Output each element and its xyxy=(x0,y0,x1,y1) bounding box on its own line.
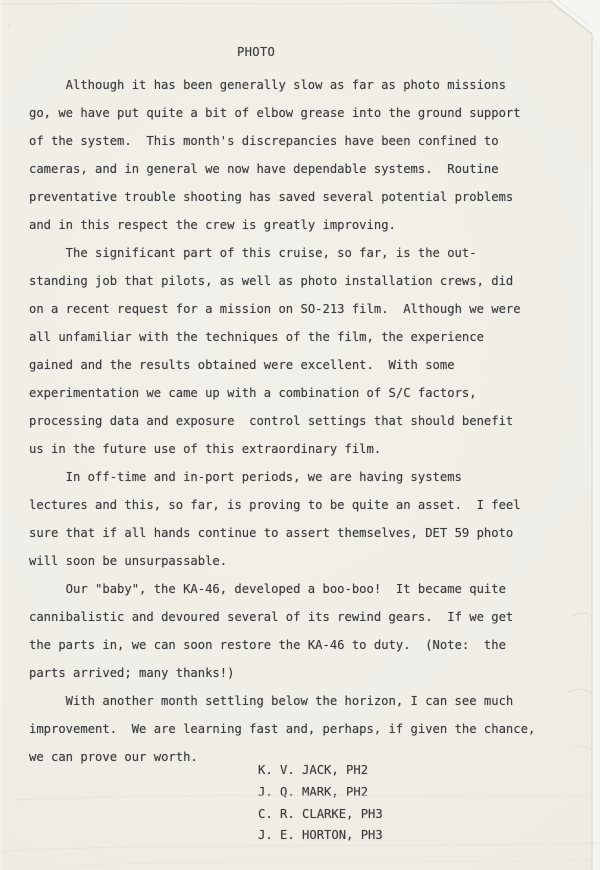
signature-line: J. Q. MARK, PH2 xyxy=(258,782,383,804)
bottom-crease xyxy=(40,860,592,866)
paper-speck xyxy=(8,25,10,27)
paper-speck xyxy=(269,62,270,63)
text-line: improvement. We are learning fast and, p… xyxy=(29,715,535,743)
scanned-document-page: PHOTO Although it has been generally slo… xyxy=(0,0,600,870)
text-line: us in the future use of this extraordina… xyxy=(29,435,535,463)
text-line: With another month settling below the ho… xyxy=(29,687,535,715)
text-line: cameras, and in general we now have depe… xyxy=(29,155,535,183)
text-line: on a recent request for a mission on SO-… xyxy=(29,295,535,323)
text-line: Our "baby", the KA-46, developed a boo-b… xyxy=(29,575,535,603)
text-line: and in this respect the crew is greatly … xyxy=(29,211,535,239)
text-line: parts arrived; many thanks!) xyxy=(29,659,535,687)
paper-left-edge xyxy=(0,0,2,870)
signature-line: J. E. HORTON, PH3 xyxy=(258,825,383,847)
text-line: the parts in, we can soon restore the KA… xyxy=(29,631,535,659)
signature-block: K. V. JACK, PH2J. Q. MARK, PH2C. R. CLAR… xyxy=(258,760,383,847)
corner-fold-crease xyxy=(557,0,593,28)
folded-corner xyxy=(550,0,600,46)
text-line: standing job that pilots, as well as pho… xyxy=(29,267,535,295)
text-line: processing data and exposure control set… xyxy=(29,407,535,435)
edge-wrinkle xyxy=(573,613,592,617)
text-line: In off-time and in-port periods, we are … xyxy=(29,463,535,491)
signature-line: C. R. CLARKE, PH3 xyxy=(258,804,383,826)
text-line: sure that if all hands continue to asser… xyxy=(29,519,535,547)
text-line: experimentation we came up with a combin… xyxy=(29,379,535,407)
text-line: of the system. This month's discrepancie… xyxy=(29,127,535,155)
edge-wrinkle xyxy=(568,689,592,694)
signature-line: K. V. JACK, PH2 xyxy=(258,760,383,782)
document-body: Although it has been generally slow as f… xyxy=(29,71,535,771)
text-line: gained and the results obtained were exc… xyxy=(29,351,535,379)
document-title: PHOTO xyxy=(237,44,275,60)
text-line: lectures and this, so far, is proving to… xyxy=(29,491,535,519)
paper-top-edge xyxy=(0,2,550,4)
text-line: go, we have put quite a bit of elbow gre… xyxy=(29,99,535,127)
text-line: preventative trouble shooting has saved … xyxy=(29,183,535,211)
text-line: will soon be unsurpassable. xyxy=(29,547,535,575)
edge-wrinkle xyxy=(575,746,592,750)
text-line: The significant part of this cruise, so … xyxy=(29,239,535,267)
text-line: Although it has been generally slow as f… xyxy=(29,71,535,99)
text-line: all unfamiliar with the techniques of th… xyxy=(29,323,535,351)
text-line: cannibalistic and devoured several of it… xyxy=(29,603,535,631)
corner-fold-line xyxy=(550,1,592,34)
scanner-background-strip xyxy=(592,28,600,870)
